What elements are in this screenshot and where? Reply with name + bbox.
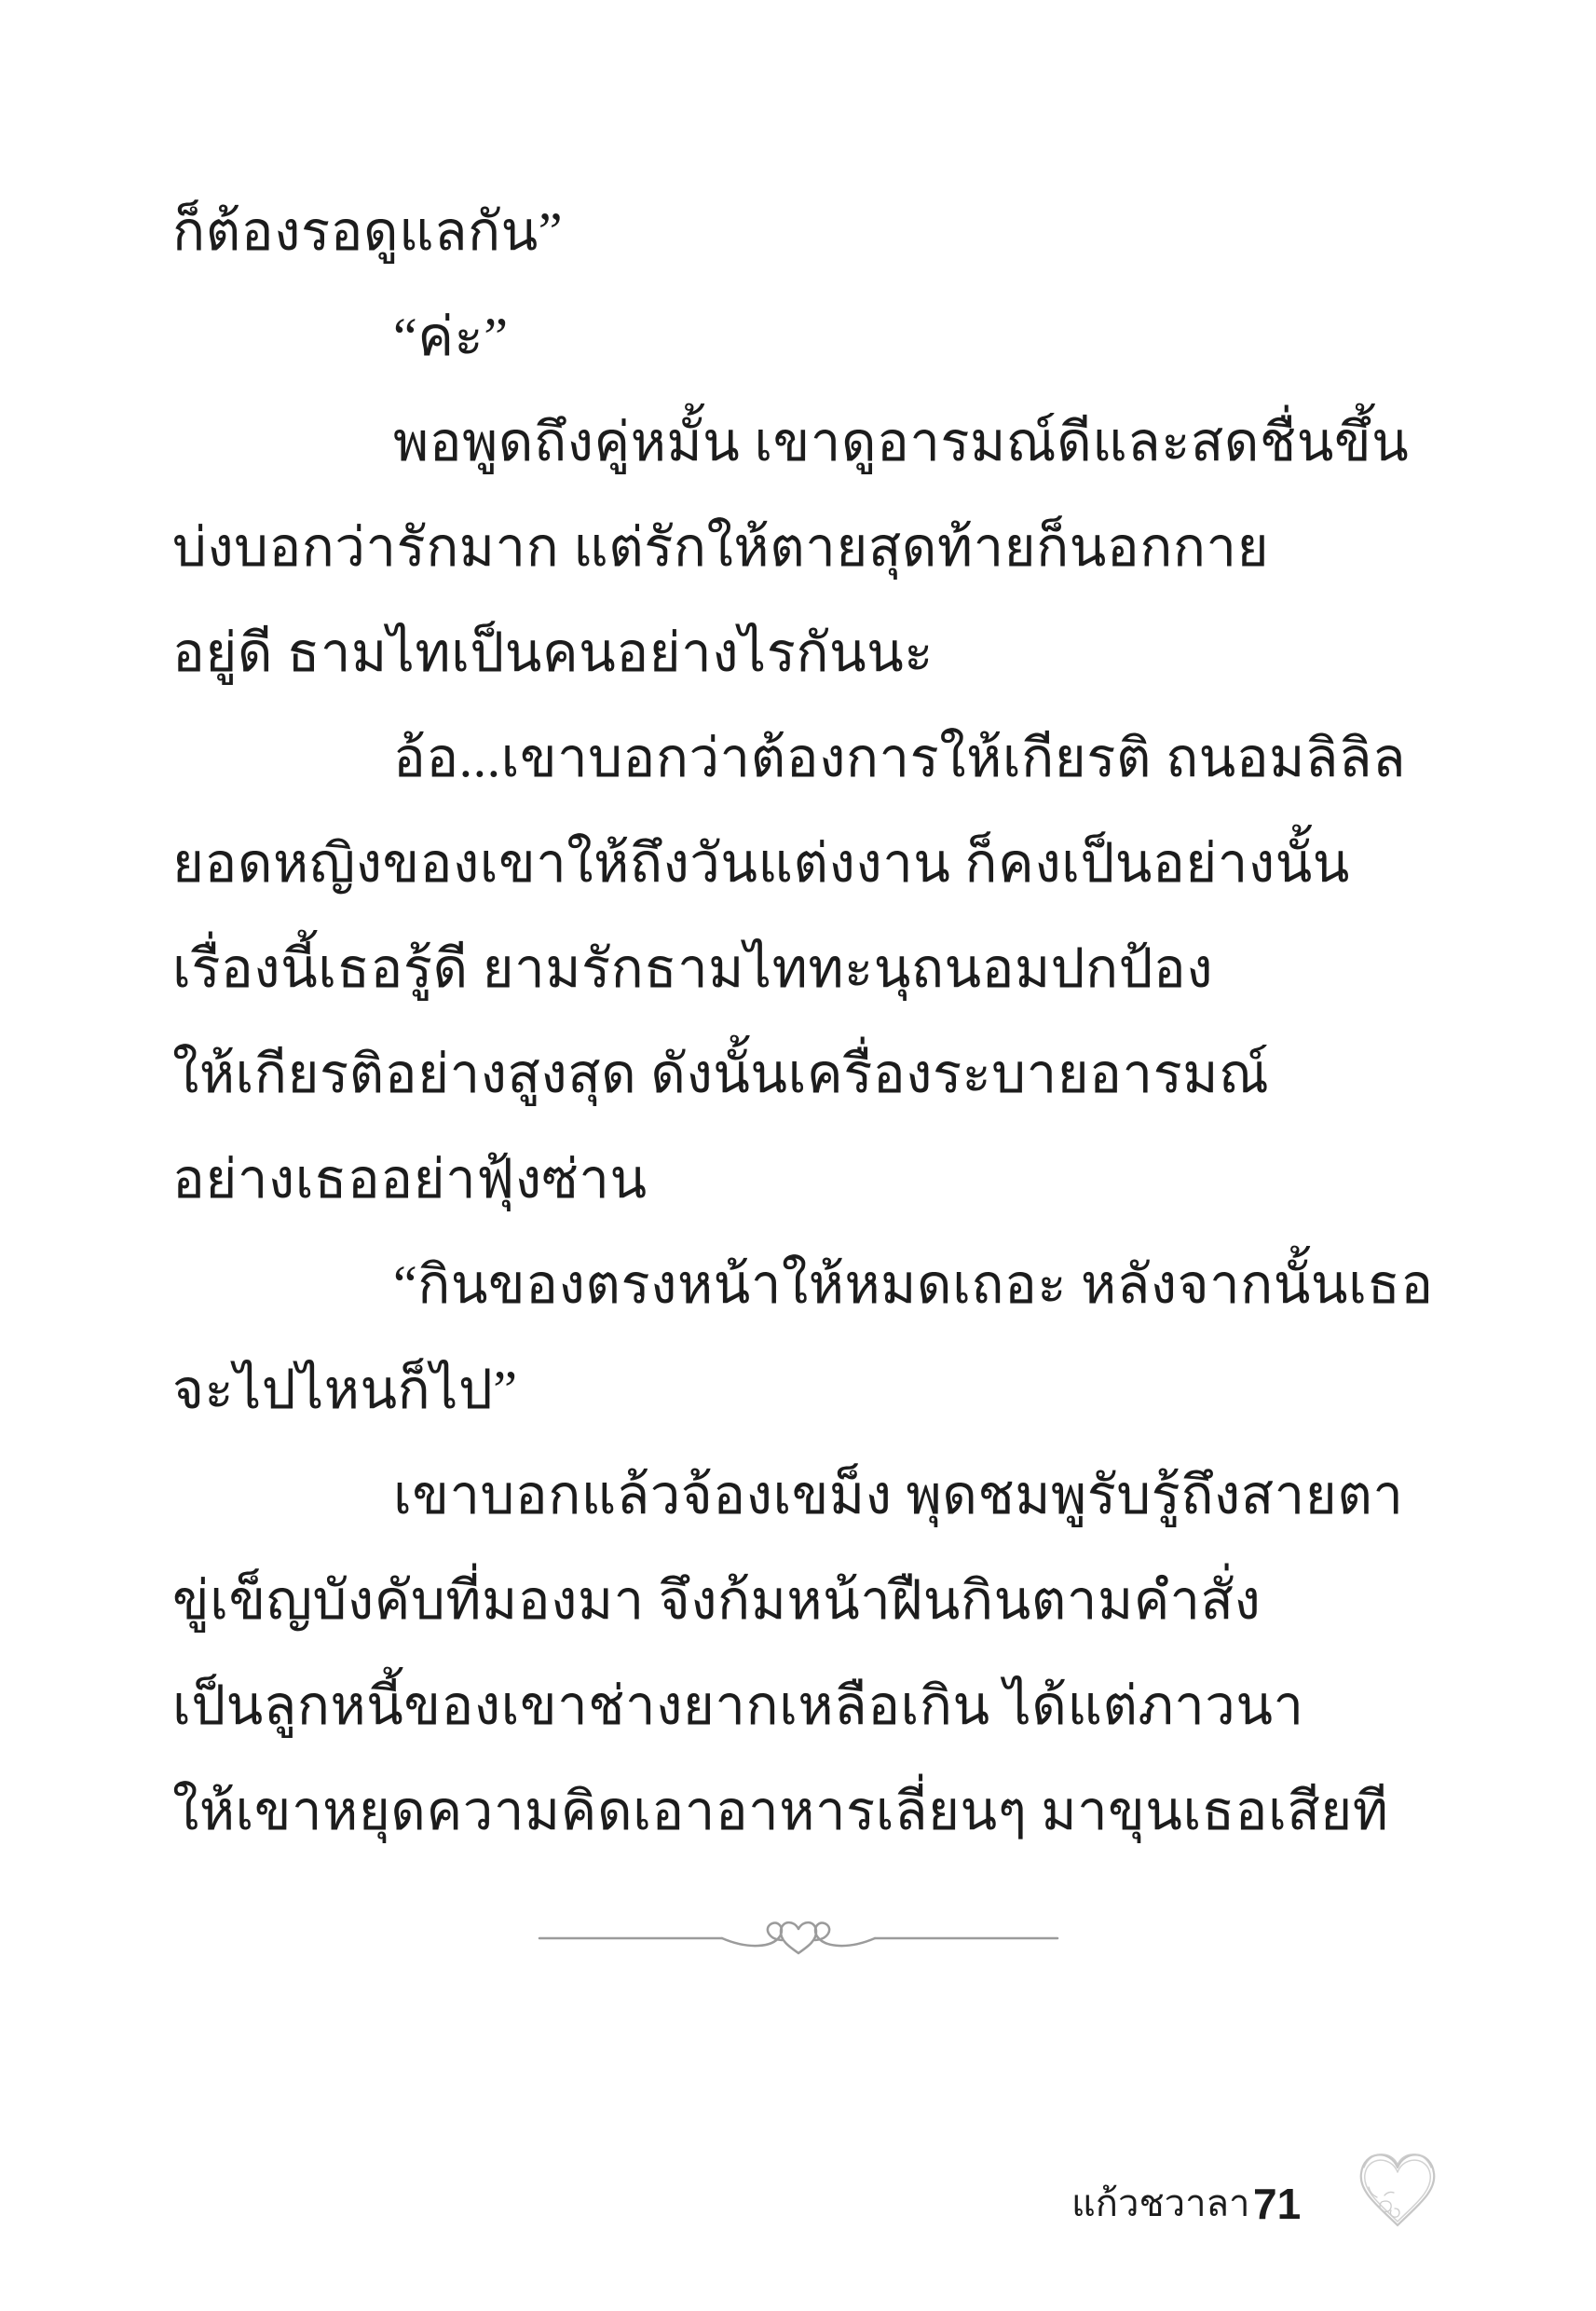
heart-wreath-icon	[1349, 2143, 1446, 2235]
text-line: จะไปไหนก็ไป”	[172, 1337, 1430, 1443]
text-line: อย่างเธออย่าฟุ้งซ่าน	[172, 1127, 1430, 1232]
heart-flourish-divider	[538, 1908, 1059, 1968]
text-line: เขาบอกแล้วจ้องเขม็ง พุดชมพูรับรู้ถึงสายต…	[172, 1443, 1430, 1548]
text-line: อยู่ดี ธามไทเป็นคนอย่างไรกันนะ	[172, 600, 1430, 705]
text-line: ขู่เข็ญบังคับที่มองมา จึงก้มหน้าฝืนกินตา…	[172, 1548, 1430, 1653]
page-text: ก็ต้องรอดูแลกัน”“ค่ะ”พอพูดถึงคู่หมั้น เข…	[172, 179, 1430, 1864]
text-line: เป็นลูกหนี้ของเขาช่างยากเหลือเกิน ได้แต่…	[172, 1653, 1430, 1758]
book-page: ก็ต้องรอดูแลกัน”“ค่ะ”พอพูดถึงคู่หมั้น เข…	[0, 0, 1596, 2311]
text-line: พอพูดถึงคู่หมั้น เขาดูอารมณ์ดีและสดชื่นข…	[172, 390, 1430, 495]
divider-curl-right	[815, 1922, 875, 1946]
footer-page-number: 71	[1253, 2171, 1301, 2236]
text-line: อ้อ...เขาบอกว่าต้องการให้เกียรติ ถนอมลิล…	[172, 705, 1430, 811]
heart-icon	[781, 1922, 816, 1953]
text-line: ให้เกียรติอย่างสูงสุด ดังนั้นเครื่องระบา…	[172, 1021, 1430, 1127]
text-line: “ค่ะ”	[172, 284, 1430, 390]
text-line: ยอดหญิงของเขาให้ถึงวันแต่งงาน ก็คงเป็นอย…	[172, 811, 1430, 916]
text-line: ก็ต้องรอดูแลกัน”	[172, 179, 1430, 284]
text-line: บ่งบอกว่ารักมาก แต่รักให้ตายสุดท้ายก็นอก…	[172, 495, 1430, 600]
divider-curl-left	[722, 1922, 782, 1946]
text-line: ให้เขาหยุดความคิดเอาอาหารเลี่ยนๆ มาขุนเธ…	[172, 1758, 1430, 1864]
text-line: เรื่องนี้เธอรู้ดี ยามรักธามไททะนุถนอมปกป…	[172, 916, 1430, 1021]
footer-book-title: แก้วชวาลา	[1071, 2171, 1250, 2236]
text-line: “กินของตรงหน้าให้หมดเถอะ หลังจากนั้นเธอ	[172, 1232, 1430, 1337]
